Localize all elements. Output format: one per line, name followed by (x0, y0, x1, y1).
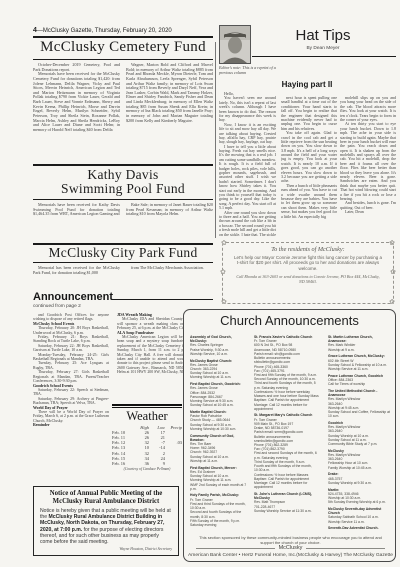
masthead: 4—McClusky Gazette, Thursday, February 2… (33, 27, 172, 34)
ad-body: Let's help our Mayor Connie Jerome fight… (233, 255, 383, 273)
church-entry: The United Methodist Church - AnamooseRe… (328, 389, 390, 419)
hat-tips-col2: next hour is spent pulling one small han… (281, 96, 337, 236)
weather-headline: Weather (112, 409, 182, 424)
hat-tips-headline: Hat Tips (250, 27, 396, 44)
hat-tips-col1: Hello,You haven't seen me around lately.… (219, 92, 276, 236)
church-col1: Assembly of God Church, McClusky:Rev. Ch… (190, 335, 248, 529)
dean-meyer-photo (219, 25, 251, 64)
church-entry: Martin:524-4735, 338-4946Worship at 10:3… (328, 488, 390, 505)
weather-table-rows: Feb. 102617Feb. 112621Feb. 1232-7.03Feb.… (112, 430, 182, 466)
church-entry: Drake:465-3757Sunday Worship at 9:30 a.m… (328, 472, 390, 485)
kathy-headline-line1: Kathy Davis (33, 168, 213, 182)
church-entry: St. Francis Xavier's Catholic ChurchFr. … (254, 335, 320, 411)
church-entry: GoodrichRev. Marilyn Winslow363-2640Sund… (328, 421, 390, 446)
flower-icon: ✿ (389, 299, 395, 306)
church-entry: St. Martin Lutheran Church, Anamoose:Rev… (328, 335, 390, 352)
church-entry: Community Church of God, Bowdon:Rev. Tim… (190, 434, 248, 464)
church-entry: McClusky Seventh-day Adventist ChurchSat… (328, 507, 390, 524)
hat-tips-byline: By Dean Meyer (250, 46, 396, 51)
kathy-article-col2: Bake Sale; in memory of Janet Bauer tota… (126, 203, 213, 239)
church-entry: Seventh-Day Adventist Church, Goodrich-R… (328, 526, 390, 529)
hat-tips-subhead: Haying part II (218, 80, 396, 89)
announcement-headline: Announcement (33, 291, 113, 303)
masthead-title: —McClusky Gazette, Thursday, February 20… (37, 28, 172, 34)
church-entry: First Baptist Church, Mercer:Rev. Ed Gra… (190, 466, 248, 491)
church-entry: First Baptist Church, Goodrich:Rev. Jame… (190, 382, 248, 407)
hat-tips-col3: molehill slips up on you and you bang yo… (340, 96, 396, 236)
church-col2: St. Francis Xavier's Catholic ChurchFr. … (254, 335, 320, 529)
church-entry: St. John's Lutheran Church (LCMS), McClu… (254, 492, 320, 513)
church-headline: Church Announcements (184, 313, 395, 328)
flower-icon: ✿ (390, 269, 396, 276)
sponsor-businesses: American Bank Center • Hertz Funeral Hom… (188, 553, 393, 558)
notice-title-line1: Notice of Annual Public Meeting of the (40, 490, 172, 498)
church-entry: McClusky Baptist Church:Rev. James Grose… (190, 359, 248, 380)
notice-body: Notice is hereby given that a public mee… (40, 508, 172, 546)
kathy-article-col1: Memorials have been received for Kathy D… (33, 203, 120, 239)
church-entry: Assembly of God Church, McClusky:Rev. Ch… (190, 335, 248, 356)
announcement-continued: continued from page 2 (33, 304, 81, 309)
editors-note: Editor's note: This is a reprint of a pr… (219, 66, 276, 75)
park-headline: McClusky City Park Fund (33, 246, 213, 260)
announcement-col1: and Goodrich Post Offices for anyone wis… (33, 313, 109, 480)
sponsor-town: McClusky (279, 545, 303, 551)
kathy-headline: Kathy Davis Swimming Pool Fund (33, 168, 213, 196)
church-entry: St. Margaret Mary's Catholic ChurchFr. T… (254, 413, 320, 489)
weather-rule-thick (112, 404, 182, 406)
flower-icon: ✿ (221, 240, 227, 247)
park-headline-rule (33, 262, 213, 263)
church-col3: St. Martin Lutheran Church, Anamoose:Rev… (328, 335, 390, 529)
portrait-illustration (220, 26, 250, 63)
weather-section: Weather High Low Precip Feb. 102617Feb. … (112, 404, 182, 471)
weather-courtesy: (Courtesy of Candace Pellman) (112, 467, 182, 471)
church-entry: Grace Lutheran Church, McClusky:602 4th … (328, 354, 390, 371)
church-sponsor-text: This section sponsored by these communit… (192, 535, 389, 545)
kathy-headline-rule (33, 199, 213, 200)
ad-contact: Call Rhonda at 363-2603 or send donation… (233, 274, 383, 285)
newspaper-page: 4—McClusky Gazette, Thursday, February 2… (0, 0, 400, 567)
weather-row: Feb. 16369 (112, 461, 182, 466)
mayor-tshirt-ad: ✿ ✿ ✿ ✿ ✿ ✿ To the residents of McClusky… (222, 242, 394, 304)
cemetery-article-col1: October-December 2019 Cemetery, Pool and… (33, 63, 120, 160)
flower-icon: ✿ (221, 299, 227, 306)
church-entry: Peace Lutheran Church, GoodrichOffice: 8… (328, 374, 390, 387)
notice-signature: Wayne Houston, District Secretary (40, 547, 172, 551)
park-article-col1: Memorial has been received for the McClu… (33, 266, 120, 286)
hat-tips-rule (252, 56, 396, 57)
church-entry: Martin Baptist Church:Pastor Rob Patschk… (190, 410, 248, 431)
cemetery-article-col2: Wagner, Marion Bold and Clifford and Mar… (126, 63, 213, 160)
flower-icon: ✿ (220, 269, 226, 276)
church-announcements-box: Church Announcements Assembly of God Chu… (183, 309, 396, 562)
kathy-top-rule (33, 164, 213, 166)
column-divider (215, 42, 216, 238)
flower-icon: ✿ (389, 240, 395, 247)
ad-heading: To the residents of McClusky: (233, 246, 383, 253)
ambulance-notice-box: Notice of Annual Public Meeting of the M… (33, 486, 179, 556)
kathy-headline-line2: Swimming Pool Fund (33, 182, 213, 196)
weather-rule-thin (112, 407, 182, 408)
cemetery-headline-rule (33, 59, 213, 60)
park-article-col2: from The McClusky Merchants Association. (126, 266, 213, 286)
church-entry: McCluskyRev. Marilyn Winslow363-2640Fell… (328, 449, 390, 470)
announcement-rule (112, 299, 213, 300)
cemetery-headline: McClusky Cemetery Fund (33, 40, 213, 56)
notice-title-line2: McClusky Rural Ambulance District (40, 498, 172, 506)
church-entry: Holy Family Parish, McClusky:Fr. Tom Gra… (190, 493, 248, 527)
